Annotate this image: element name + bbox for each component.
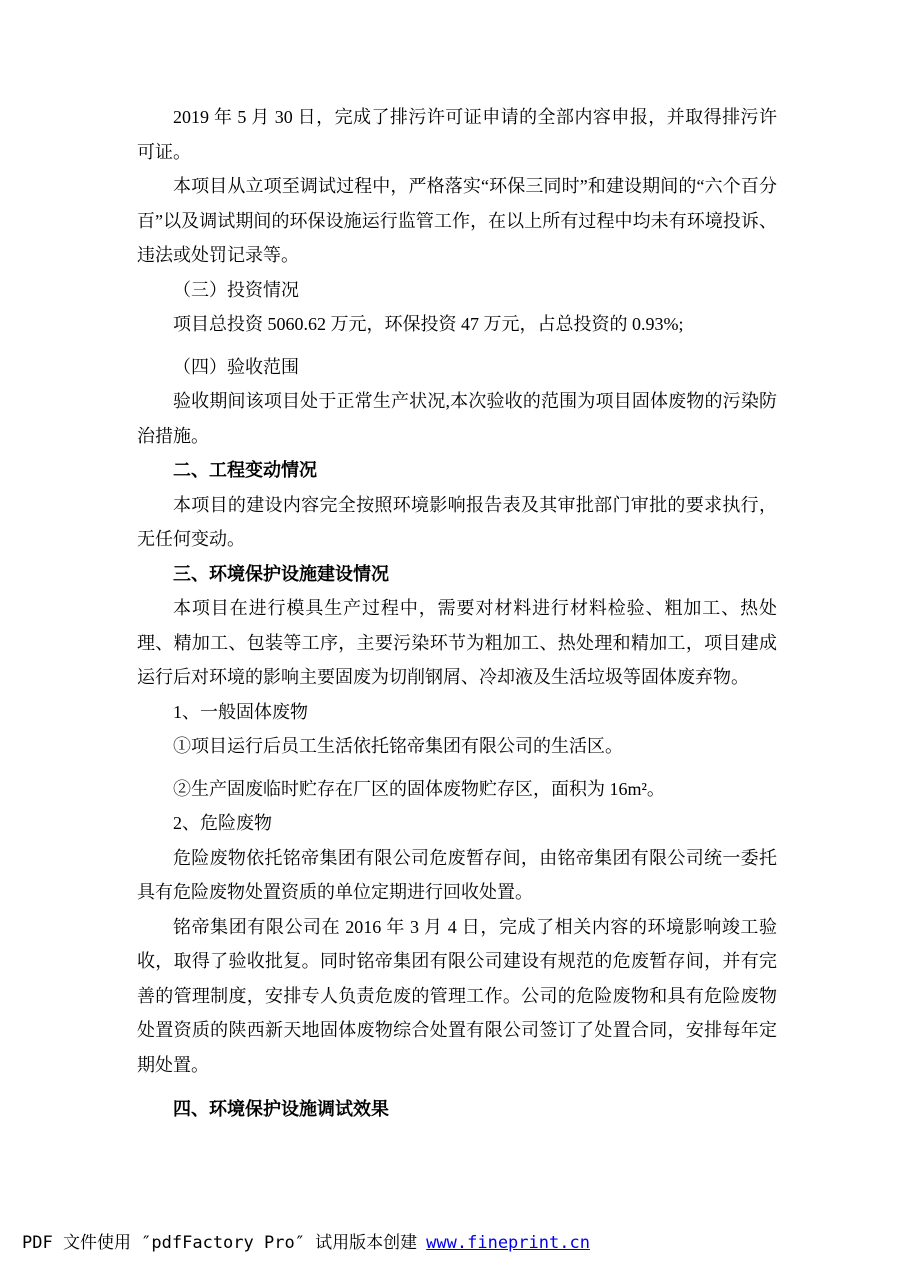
heading-section-2-project-changes: 二、工程变动情况: [137, 453, 777, 488]
para-mingdi-acceptance: 铭帝集团有限公司在 2016 年 3 月 4 日，完成了相关内容的环境影响竣工验…: [137, 910, 777, 1083]
fineprint-link[interactable]: www.fineprint.cn: [426, 1233, 590, 1253]
subheading-acceptance-scope: （四）验收范围: [137, 350, 777, 385]
para-item-2-storage-area: ②生产固废临时贮存在厂区的固体废物贮存区，面积为 16m²。: [137, 772, 777, 807]
document-body: 2019 年 5 月 30 日，完成了排污许可证申请的全部内容申报，并取得排污许…: [137, 100, 777, 1127]
para-sewage-permit: 2019 年 5 月 30 日，完成了排污许可证申请的全部内容申报，并取得排污许…: [137, 100, 777, 169]
subheading-general-solid-waste: 1、一般固体废物: [137, 695, 777, 730]
heading-section-4-commissioning-effect: 四、环境保护设施调试效果: [137, 1092, 777, 1127]
para-no-changes: 本项目的建设内容完全按照环境影响报告表及其审批部门审批的要求执行，无任何变动。: [137, 488, 777, 557]
para-hazardous-entrust: 危险废物依托铭帝集团有限公司危废暂存间，由铭帝集团有限公司统一委托具有危险废物处…: [137, 841, 777, 910]
para-acceptance-scope: 验收期间该项目处于正常生产状况,本次验收的范围为项目固体废物的污染防治措施。: [137, 384, 777, 453]
para-investment-amount: 项目总投资 5060.62 万元，环保投资 47 万元，占总投资的 0.93%;: [137, 307, 777, 342]
pdffactory-watermark: PDF 文件使用 ″pdfFactory Pro″ 试用版本创建www.fine…: [22, 1232, 590, 1254]
watermark-text: PDF 文件使用 ″pdfFactory Pro″ 试用版本创建: [22, 1233, 417, 1253]
para-item-1-living-area: ①项目运行后员工生活依托铭帝集团有限公司的生活区。: [137, 729, 777, 764]
subheading-hazardous-waste: 2、危险废物: [137, 806, 777, 841]
para-three-simultaneity: 本项目从立项至调试过程中，严格落实“环保三同时”和建设期间的“六个百分百”以及调…: [137, 169, 777, 273]
document-page: 2019 年 5 月 30 日，完成了排污许可证申请的全部内容申报，并取得排污许…: [0, 0, 900, 1273]
subheading-investment: （三）投资情况: [137, 273, 777, 308]
para-production-process: 本项目在进行模具生产过程中，需要对材料进行材料检验、粗加工、热处理、精加工、包装…: [137, 591, 777, 695]
heading-section-3-facility-construction: 三、环境保护设施建设情况: [137, 557, 777, 592]
